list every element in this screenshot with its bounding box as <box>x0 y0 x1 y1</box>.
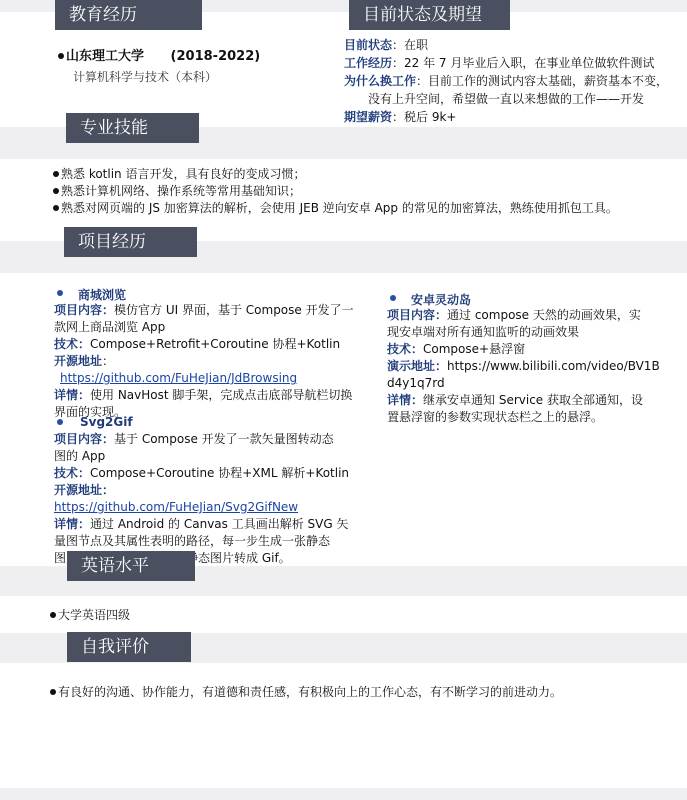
bullet-icon <box>53 171 59 177</box>
section-title: 英语水平 <box>81 556 149 576</box>
project-demo-link[interactable]: https://www.bilibili.com/video/BV1B <box>447 359 660 373</box>
section-title: 目前状态及期望 <box>363 5 482 25</box>
skill-item: 熟悉计算机网络、操作系统等常用基础知识； <box>53 183 301 199</box>
bullet-icon <box>50 689 56 695</box>
project-card: 项目内容：基于 Compose 开发了一款矢量图转动态 图的 App 技术：Co… <box>54 431 354 567</box>
skill-item: 熟悉 kotlin 语言开发，具有良好的变成习惯； <box>53 166 305 182</box>
section-header-self-eval: 自我评价 <box>67 632 191 662</box>
section-title: 专业技能 <box>80 118 148 138</box>
status-salary: 期望薪资：税后 9k+ <box>344 109 456 125</box>
section-title: 教育经历 <box>69 5 137 25</box>
bullet-icon <box>58 53 64 59</box>
section-header-status: 目前状态及期望 <box>349 0 510 30</box>
section-title: 自我评价 <box>81 637 149 657</box>
school-name: 山东理工大学 <box>66 49 144 64</box>
project-link[interactable]: https://github.com/FuHeJian/JdBrowsing <box>60 371 297 385</box>
section-header-english: 英语水平 <box>67 551 195 581</box>
bullet-icon <box>50 612 56 618</box>
bullet-icon <box>53 188 59 194</box>
project-title: 商城浏览 <box>78 286 126 303</box>
status-reason-cont: 没有上升空间，希望做一直以来想做的工作——开发 <box>368 91 644 107</box>
section-header-education: 教育经历 <box>55 0 202 30</box>
status-current: 目前状态：在职 <box>344 37 428 53</box>
project-title: Svg2Gif <box>80 415 133 429</box>
project-bullet-icon <box>390 295 396 301</box>
education-school-row: 山东理工大学 (2018-2022) <box>58 49 260 65</box>
status-work: 工作经历：22 年 7 月毕业后入职，在事业单位做软件测试 <box>344 55 654 71</box>
status-reason: 为什么换工作：目前工作的测试内容太基础，薪资基本不变， <box>344 73 668 89</box>
education-period: (2018-2022) <box>171 49 261 64</box>
project-bullet-icon <box>57 290 63 296</box>
section-title: 项目经历 <box>78 232 146 252</box>
bullet-icon <box>53 205 59 211</box>
project-bullet-icon <box>57 419 63 425</box>
project-link[interactable]: https://github.com/FuHeJian/Svg2GifNew <box>54 500 298 514</box>
self-eval-item: 有良好的沟通、协作能力，有道德和责任感，有积极向上的工作心态，有不断学习的前进动… <box>50 684 562 700</box>
skill-item: 熟悉对网页端的 JS 加密算法的解析，会使用 JEB 逆向安卓 App 的常见的… <box>53 200 618 216</box>
project-title: 安卓灵动岛 <box>411 291 471 308</box>
project-card: 项目内容：模仿官方 UI 界面，基于 Compose 开发了一 款网上商品浏览 … <box>54 302 354 421</box>
english-item: 大学英语四级 <box>50 607 130 623</box>
section-header-projects: 项目经历 <box>64 227 197 257</box>
project-card: 项目内容：通过 compose 天然的动画效果，实 现安卓端对所有通知监听的动画… <box>387 307 677 426</box>
education-major: 计算机科学与技术（本科） <box>73 69 217 85</box>
bottom-band <box>0 788 687 800</box>
section-header-skills: 专业技能 <box>66 113 199 143</box>
